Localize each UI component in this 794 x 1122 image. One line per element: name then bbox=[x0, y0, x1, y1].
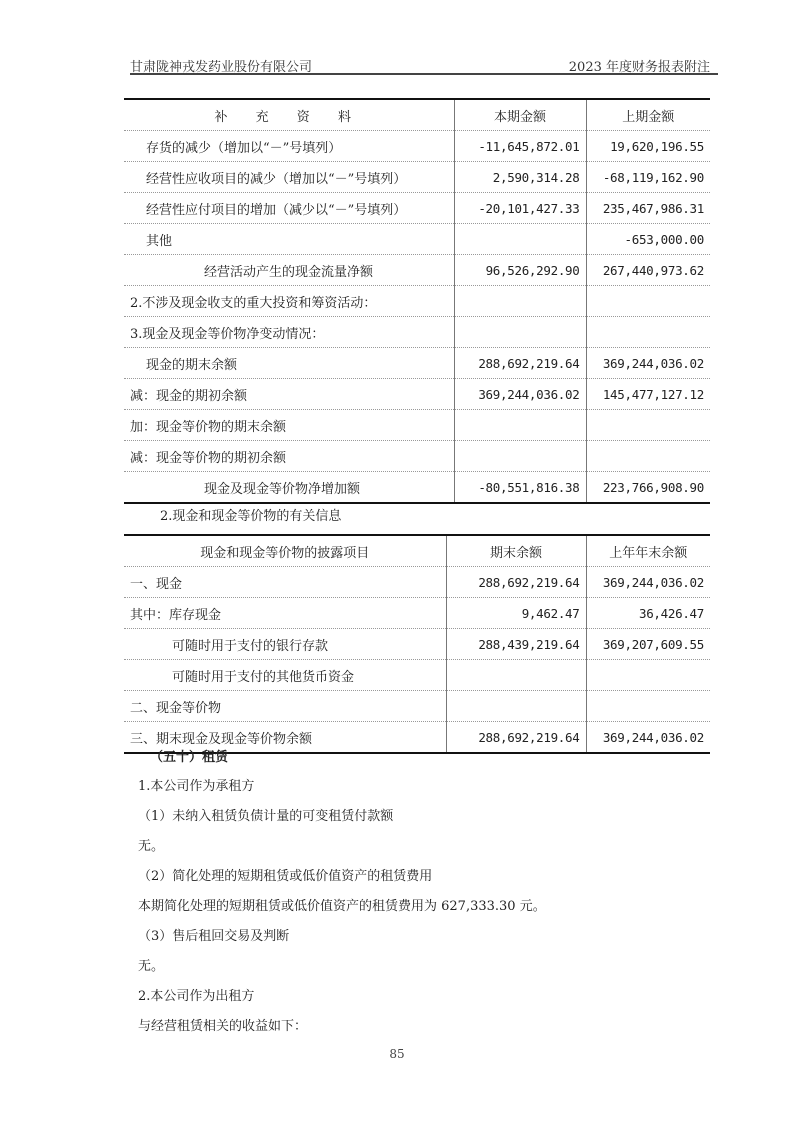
table-row: 3.现金及现金等价物净变动情况： bbox=[124, 317, 710, 348]
prior-amount: 369,244,036.02 bbox=[586, 348, 710, 379]
current-amount bbox=[454, 410, 586, 441]
lease-paragraph: 2.本公司作为出租方 bbox=[138, 985, 254, 1004]
current-amount: 288,692,219.64 bbox=[446, 567, 586, 598]
row-label: 二、现金等价物 bbox=[124, 691, 446, 722]
column-header: 现金和现金等价物的披露项目 bbox=[124, 535, 446, 567]
row-label: 其他 bbox=[124, 224, 454, 255]
current-amount: -11,645,872.01 bbox=[454, 131, 586, 162]
table-row: 现金的期末余额 288,692,219.64 369,244,036.02 bbox=[124, 348, 710, 379]
table-row: 加：现金等价物的期末余额 bbox=[124, 410, 710, 441]
prior-amount: 267,440,973.62 bbox=[586, 255, 710, 286]
row-label: 可随时用于支付的银行存款 bbox=[124, 629, 446, 660]
column-header: 补 充 资 料 bbox=[124, 99, 454, 131]
table-row: 现金及现金等价物净增加额 -80,551,816.38 223,766,908.… bbox=[124, 472, 710, 504]
lease-section-title: （五十）租赁 bbox=[150, 746, 228, 765]
column-header: 上年年末余额 bbox=[586, 535, 710, 567]
current-amount bbox=[454, 317, 586, 348]
current-amount: 288,439,219.64 bbox=[446, 629, 586, 660]
table-row: 其中：库存现金 9,462.47 36,426.47 bbox=[124, 598, 710, 629]
prior-amount bbox=[586, 441, 710, 472]
lease-paragraph: 无。 bbox=[138, 835, 164, 854]
table-row: 存货的减少（增加以“－”号填列） -11,645,872.01 19,620,1… bbox=[124, 131, 710, 162]
column-header: 本期金额 bbox=[454, 99, 586, 131]
cash-equivalents-table: 现金和现金等价物的披露项目 期末余额 上年年末余额 一、现金 288,692,2… bbox=[124, 534, 710, 754]
row-label: 减：现金等价物的期初余额 bbox=[124, 441, 454, 472]
prior-amount bbox=[586, 660, 710, 691]
prior-amount: 369,207,609.55 bbox=[586, 629, 710, 660]
row-label: 经营活动产生的现金流量净额 bbox=[124, 255, 454, 286]
row-label: 现金及现金等价物净增加额 bbox=[124, 472, 454, 504]
section-subtitle: 2.现金和现金等价物的有关信息 bbox=[160, 505, 341, 524]
current-amount: 288,692,219.64 bbox=[454, 348, 586, 379]
row-label: 减：现金的期初余额 bbox=[124, 379, 454, 410]
current-amount: -20,101,427.33 bbox=[454, 193, 586, 224]
current-amount bbox=[454, 441, 586, 472]
row-label: 2.不涉及现金收支的重大投资和筹资活动： bbox=[124, 286, 454, 317]
row-label: 经营性应收项目的减少（增加以“－”号填列） bbox=[124, 162, 454, 193]
row-label: 经营性应付项目的增加（减少以“－”号填列） bbox=[124, 193, 454, 224]
supplementary-cashflow-table: 补 充 资 料 本期金额 上期金额 存货的减少（增加以“－”号填列） -11,6… bbox=[124, 98, 710, 504]
current-amount: 288,692,219.64 bbox=[446, 722, 586, 754]
row-label: 现金的期末余额 bbox=[124, 348, 454, 379]
current-amount: 96,526,292.90 bbox=[454, 255, 586, 286]
lease-paragraph: （3）售后租回交易及判断 bbox=[138, 925, 289, 944]
row-label: 加：现金等价物的期末余额 bbox=[124, 410, 454, 441]
current-amount: 9,462.47 bbox=[446, 598, 586, 629]
page-header: 甘肃陇神戎发药业股份有限公司 2023 年度财务报表附注 bbox=[130, 56, 710, 74]
prior-amount: 145,477,127.12 bbox=[586, 379, 710, 410]
lease-paragraph: 1.本公司作为承租方 bbox=[138, 775, 254, 794]
prior-amount: 36,426.47 bbox=[586, 598, 710, 629]
lease-paragraph: （1）未纳入租赁负债计量的可变租赁付款额 bbox=[138, 805, 393, 824]
table-row: 经营性应付项目的增加（减少以“－”号填列） -20,101,427.33 235… bbox=[124, 193, 710, 224]
table-row: 可随时用于支付的银行存款 288,439,219.64 369,207,609.… bbox=[124, 629, 710, 660]
row-label: 一、现金 bbox=[124, 567, 446, 598]
prior-amount: 235,467,986.31 bbox=[586, 193, 710, 224]
prior-amount: 19,620,196.55 bbox=[586, 131, 710, 162]
prior-amount: -68,119,162.90 bbox=[586, 162, 710, 193]
table-row: 减：现金的期初余额 369,244,036.02 145,477,127.12 bbox=[124, 379, 710, 410]
prior-amount: 369,244,036.02 bbox=[586, 567, 710, 598]
lease-paragraph: 本期简化处理的短期租赁或低价值资产的租赁费用为 627,333.30 元。 bbox=[138, 895, 546, 914]
table-header-row: 现金和现金等价物的披露项目 期末余额 上年年末余额 bbox=[124, 535, 710, 567]
page-number: 85 bbox=[0, 1047, 794, 1061]
prior-amount bbox=[586, 317, 710, 348]
table-row: 经营性应收项目的减少（增加以“－”号填列） 2,590,314.28 -68,1… bbox=[124, 162, 710, 193]
current-amount bbox=[446, 660, 586, 691]
column-header: 上期金额 bbox=[586, 99, 710, 131]
lease-paragraph: （2）简化处理的短期租赁或低价值资产的租赁费用 bbox=[138, 865, 432, 884]
current-amount bbox=[446, 691, 586, 722]
table-header-row: 补 充 资 料 本期金额 上期金额 bbox=[124, 99, 710, 131]
table-row: 2.不涉及现金收支的重大投资和筹资活动： bbox=[124, 286, 710, 317]
table-row: 一、现金 288,692,219.64 369,244,036.02 bbox=[124, 567, 710, 598]
row-label: 存货的减少（增加以“－”号填列） bbox=[124, 131, 454, 162]
header-rule bbox=[130, 73, 718, 75]
table-row: 可随时用于支付的其他货币资金 bbox=[124, 660, 710, 691]
lease-paragraph: 与经营租赁相关的收益如下： bbox=[138, 1015, 307, 1034]
table-row: 减：现金等价物的期初余额 bbox=[124, 441, 710, 472]
current-amount: 369,244,036.02 bbox=[454, 379, 586, 410]
column-header: 期末余额 bbox=[446, 535, 586, 567]
prior-amount: 223,766,908.90 bbox=[586, 472, 710, 504]
table-row: 经营活动产生的现金流量净额 96,526,292.90 267,440,973.… bbox=[124, 255, 710, 286]
current-amount bbox=[454, 224, 586, 255]
row-label: 可随时用于支付的其他货币资金 bbox=[124, 660, 446, 691]
prior-amount bbox=[586, 410, 710, 441]
table-row: 其他 -653,000.00 bbox=[124, 224, 710, 255]
current-amount: 2,590,314.28 bbox=[454, 162, 586, 193]
current-amount: -80,551,816.38 bbox=[454, 472, 586, 504]
row-label: 3.现金及现金等价物净变动情况： bbox=[124, 317, 454, 348]
table-row: 二、现金等价物 bbox=[124, 691, 710, 722]
prior-amount: -653,000.00 bbox=[586, 224, 710, 255]
lease-paragraph: 无。 bbox=[138, 955, 164, 974]
current-amount bbox=[454, 286, 586, 317]
row-label: 其中：库存现金 bbox=[124, 598, 446, 629]
prior-amount bbox=[586, 691, 710, 722]
prior-amount bbox=[586, 286, 710, 317]
prior-amount: 369,244,036.02 bbox=[586, 722, 710, 754]
